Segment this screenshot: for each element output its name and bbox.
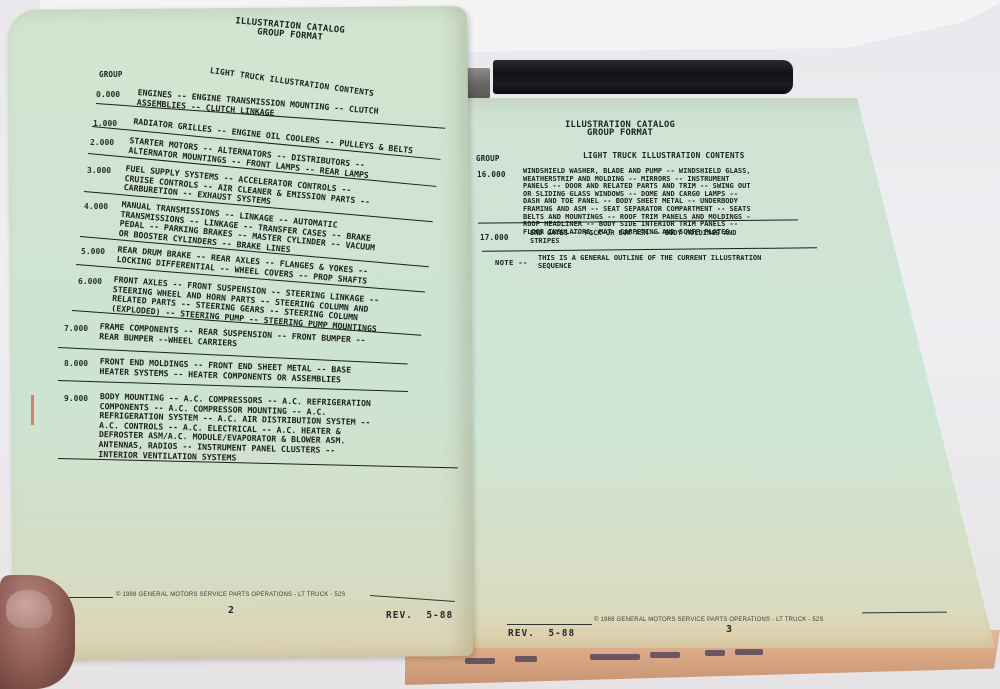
group-number: 6.000: [78, 277, 102, 286]
group-number: 7.000: [64, 324, 88, 333]
group-number: 4.000: [84, 202, 108, 211]
left-footer-copyright: © 1988 GENERAL MOTORS SERVICE PARTS OPER…: [116, 592, 346, 598]
group-number: 0.000: [96, 90, 120, 99]
group-number: 8.000: [64, 359, 88, 368]
group-description: BODY MOUNTING -- A.C. COMPRESSORS -- A.C…: [98, 392, 371, 466]
left-group-header: GROUP: [99, 70, 123, 80]
left-page-number: 2: [228, 605, 234, 616]
group-number: 2.000: [90, 138, 114, 147]
group-number: 3.000: [87, 166, 111, 175]
thumbnail: [6, 590, 52, 628]
group-description: FRONT END MOLDINGS -- FRONT END SHEET ME…: [99, 357, 351, 385]
group-number: 9.000: [64, 394, 88, 403]
left-revision: REV. 5-88: [386, 610, 453, 621]
group-number: 5.000: [81, 247, 105, 256]
